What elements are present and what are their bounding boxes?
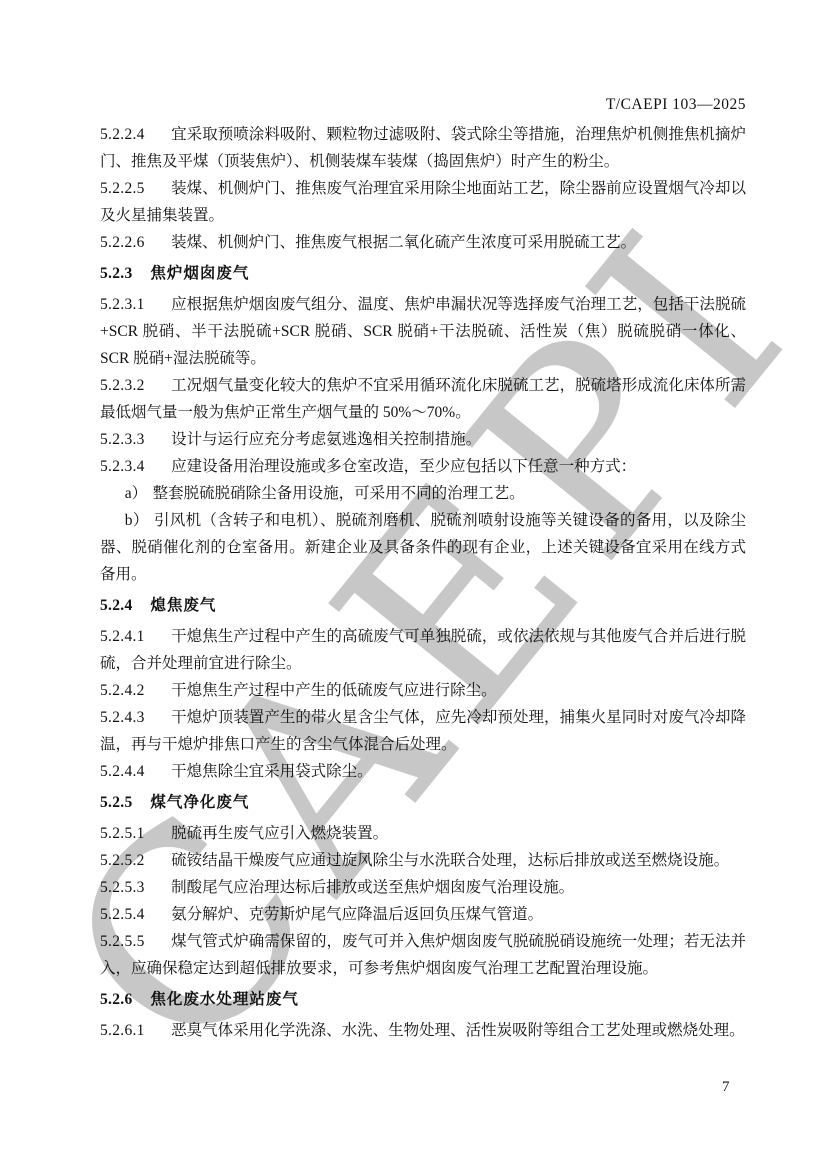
clause-number: 5.2.6.1 xyxy=(100,1022,145,1039)
clause-5.2.6.1: 5.2.6.1恶臭气体采用化学洗涤、水洗、生物处理、活性炭吸附等组合工艺处理或燃… xyxy=(100,1017,746,1044)
page-number: 7 xyxy=(722,1079,730,1096)
section-heading-5.2.4: 5.2.4熄焦废气 xyxy=(100,592,746,619)
section-heading-5.2.6: 5.2.6焦化废水处理站废气 xyxy=(100,986,746,1013)
clause-text: 工况烟气量变化较大的焦炉不宜采用循环流化床脱硫工艺，脱硫塔形成流化床体所需最低烟… xyxy=(100,377,746,421)
heading-title: 煤气净化废气 xyxy=(150,794,249,811)
clause-number: 5.2.2.4 xyxy=(100,126,145,143)
heading-title: 焦炉烟囱废气 xyxy=(150,265,249,282)
clause-5.2.5.4: 5.2.5.4氨分解炉、克劳斯炉尾气应降温后返回负压煤气管道。 xyxy=(100,901,746,928)
clause-number: 5.2.5.2 xyxy=(100,852,145,869)
page-content: T/CAEPI 103—2025 5.2.2.4宜采取预喷涂料吸附、颗粒物过滤吸… xyxy=(100,92,746,1044)
clause-5.2.4.2: 5.2.4.2干熄焦生产过程中产生的低硫废气应进行除尘。 xyxy=(100,677,746,704)
clause-number: 5.2.2.6 xyxy=(100,234,145,251)
clause-number: 5.2.5.4 xyxy=(100,906,145,923)
clause-number: 5.2.4.4 xyxy=(100,763,145,780)
clause-5.2.3.1: 5.2.3.1应根据焦炉烟囱废气组分、温度、焦炉串漏状况等选择废气治理工艺，包括… xyxy=(100,291,746,372)
list-item-label: b） xyxy=(125,512,149,529)
clause-number: 5.2.3.2 xyxy=(100,377,145,394)
clause-text: 恶臭气体采用化学洗涤、水洗、生物处理、活性炭吸附等组合工艺处理或燃烧处理。 xyxy=(171,1022,745,1039)
list-item-text: 引风机（含转子和电机）、脱硫剂磨机、脱硫剂喷射设施等关键设备的备用，以及除尘器、… xyxy=(100,512,746,583)
clause-5.2.4.3: 5.2.4.3干熄炉顶装置产生的带火星含尘气体，应先冷却预处理，捕集火星同时对废… xyxy=(100,704,746,758)
clause-5.2.2.4: 5.2.2.4宜采取预喷涂料吸附、颗粒物过滤吸附、袋式除尘等措施，治理焦炉机侧推… xyxy=(100,121,746,175)
heading-number: 5.2.3 xyxy=(100,265,133,282)
clause-5.2.5.3: 5.2.5.3制酸尾气应治理达标后排放或送至焦炉烟囱废气治理设施。 xyxy=(100,874,746,901)
section-heading-5.2.3: 5.2.3焦炉烟囱废气 xyxy=(100,260,746,287)
clause-5.2.3.4: 5.2.3.4应建设备用治理设施或多仓室改造，至少应包括以下任意一种方式： xyxy=(100,453,746,480)
clause-5.2.5.2: 5.2.5.2硫铵结晶干燥废气应通过旋风除尘与水洗联合处理，达标后排放或送至燃烧… xyxy=(100,847,746,874)
standard-number-header: T/CAEPI 103—2025 xyxy=(100,92,746,117)
clause-text: 氨分解炉、克劳斯炉尾气应降温后返回负压煤气管道。 xyxy=(171,906,543,923)
clause-5.2.3.2: 5.2.3.2工况烟气量变化较大的焦炉不宜采用循环流化床脱硫工艺，脱硫塔形成流化… xyxy=(100,372,746,426)
clause-text: 干熄炉顶装置产生的带火星含尘气体，应先冷却预处理，捕集火星同时对废气冷却降温，再… xyxy=(100,709,746,753)
clause-5.2.5.5: 5.2.5.5煤气管式炉确需保留的，废气可并入焦炉烟囱废气脱硫脱硝设施统一处理；… xyxy=(100,928,746,982)
clause-number: 5.2.5.1 xyxy=(100,825,145,842)
clause-text: 应建设备用治理设施或多仓室改造，至少应包括以下任意一种方式： xyxy=(171,458,636,475)
clause-number: 5.2.5.3 xyxy=(100,879,145,896)
clause-text: 干熄焦除尘宜采用袋式除尘。 xyxy=(171,763,373,780)
document-page: CAEPI T/CAEPI 103—2025 5.2.2.4宜采取预喷涂料吸附、… xyxy=(0,0,826,1169)
clause-5.2.5.1: 5.2.5.1脱硫再生废气应引入燃烧装置。 xyxy=(100,820,746,847)
clause-number: 5.2.5.5 xyxy=(100,933,145,950)
clause-number: 5.2.4.2 xyxy=(100,682,145,699)
heading-title: 焦化废水处理站废气 xyxy=(150,991,299,1008)
clause-number: 5.2.3.1 xyxy=(100,296,145,313)
heading-title: 熄焦废气 xyxy=(150,597,216,614)
clause-text: 宜采取预喷涂料吸附、颗粒物过滤吸附、袋式除尘等措施，治理焦炉机侧推焦机摘炉门、推… xyxy=(100,126,746,170)
clause-number: 5.2.3.3 xyxy=(100,431,145,448)
heading-number: 5.2.5 xyxy=(100,794,133,811)
clause-text: 制酸尾气应治理达标后排放或送至焦炉烟囱废气治理设施。 xyxy=(171,879,574,896)
clause-number: 5.2.2.5 xyxy=(100,180,145,197)
clause-text: 硫铵结晶干燥废气应通过旋风除尘与水洗联合处理，达标后排放或送至燃烧设施。 xyxy=(171,852,729,869)
clause-text: 干熄焦生产过程中产生的高硫废气可单独脱硫，或依法依规与其他废气合并后进行脱硫，合… xyxy=(100,628,746,672)
clause-text: 脱硫再生废气应引入燃烧装置。 xyxy=(171,825,388,842)
list-item-text: 整套脱硫脱硝除尘备用设施，可采用不同的治理工艺。 xyxy=(153,485,525,502)
clause-text: 装煤、机侧炉门、推焦废气根据二氧化硫产生浓度可采用脱硫工艺。 xyxy=(171,234,636,251)
clause-5.2.2.5: 5.2.2.5装煤、机侧炉门、推焦废气治理宜采用除尘地面站工艺，除尘器前应设置烟… xyxy=(100,175,746,229)
clause-text: 煤气管式炉确需保留的，废气可并入焦炉烟囱废气脱硫脱硝设施统一处理；若无法并入，应… xyxy=(100,933,746,977)
clause-number: 5.2.4.3 xyxy=(100,709,145,726)
clause-5.2.4.1: 5.2.4.1干熄焦生产过程中产生的高硫废气可单独脱硫，或依法依规与其他废气合并… xyxy=(100,623,746,677)
clause-number: 5.2.4.1 xyxy=(100,628,145,645)
clause-text: 应根据焦炉烟囱废气组分、温度、焦炉串漏状况等选择废气治理工艺，包括干法脱硫+SC… xyxy=(100,296,746,367)
clause-text: 干熄焦生产过程中产生的低硫废气应进行除尘。 xyxy=(171,682,497,699)
clause-text: 设计与运行应充分考虑氨逃逸相关控制措施。 xyxy=(171,431,481,448)
list-item-label: a） xyxy=(125,485,147,502)
clause-text: 装煤、机侧炉门、推焦废气治理宜采用除尘地面站工艺，除尘器前应设置烟气冷却以及火星… xyxy=(100,180,746,224)
clause-5.2.3.3: 5.2.3.3设计与运行应充分考虑氨逃逸相关控制措施。 xyxy=(100,426,746,453)
list-item-a: a）整套脱硫脱硝除尘备用设施，可采用不同的治理工艺。 xyxy=(100,480,746,507)
heading-number: 5.2.4 xyxy=(100,597,133,614)
clause-5.2.4.4: 5.2.4.4干熄焦除尘宜采用袋式除尘。 xyxy=(100,758,746,785)
heading-number: 5.2.6 xyxy=(100,991,133,1008)
section-heading-5.2.5: 5.2.5煤气净化废气 xyxy=(100,789,746,816)
clause-number: 5.2.3.4 xyxy=(100,458,145,475)
list-item-b: b）引风机（含转子和电机）、脱硫剂磨机、脱硫剂喷射设施等关键设备的备用，以及除尘… xyxy=(100,507,746,588)
clause-5.2.2.6: 5.2.2.6装煤、机侧炉门、推焦废气根据二氧化硫产生浓度可采用脱硫工艺。 xyxy=(100,229,746,256)
